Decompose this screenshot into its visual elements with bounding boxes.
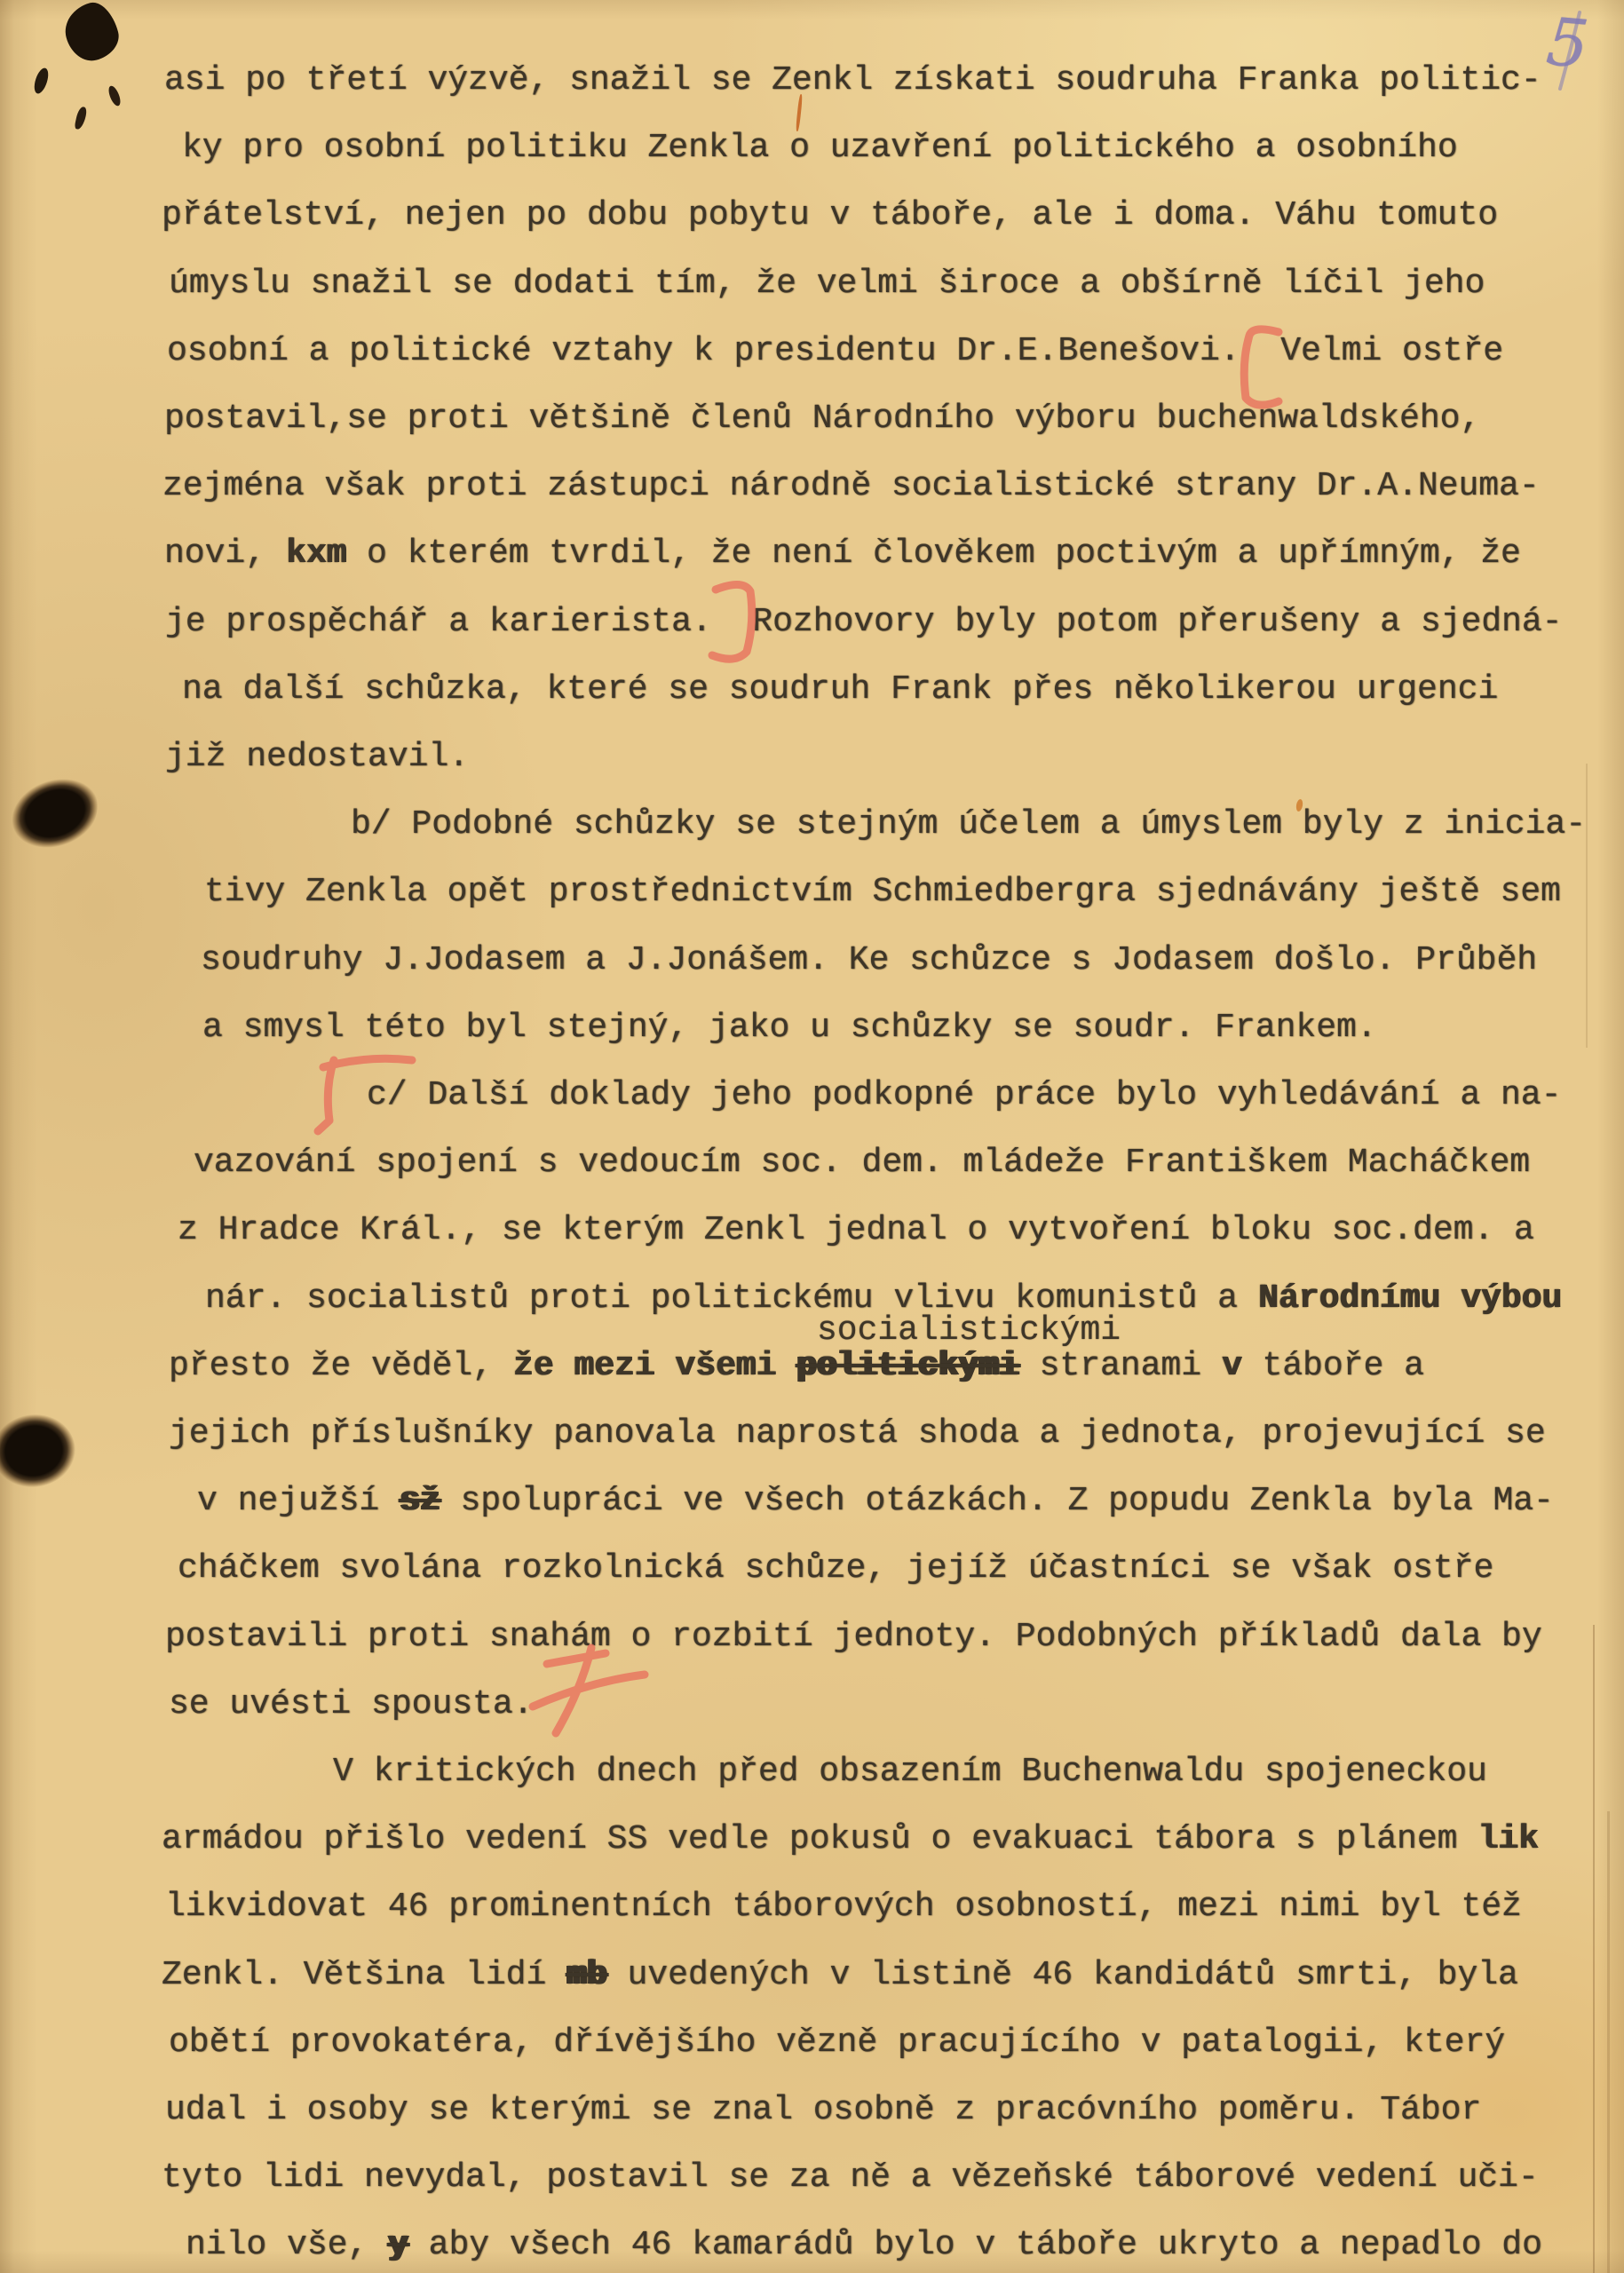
typed-line: nilo vše, y aby všech 46 kamarádů bylo v…	[186, 2225, 1542, 2266]
typed-segment: uvedených v listině 46 kandidátů smrti, …	[607, 1956, 1518, 1994]
overtyped-token: Národnímu výbou	[1258, 1279, 1562, 1318]
typed-segment: b/ Podobné schůzky se stejným účelem a ú…	[351, 805, 1586, 843]
typed-segment: zejména však proti zástupci národně soci…	[162, 467, 1540, 505]
struck-token: mb	[566, 1956, 607, 1994]
typed-line: z Hradce Král., se kterým Zenkl jednal o…	[178, 1210, 1534, 1251]
typed-segment: přesto že věděl,	[169, 1347, 513, 1385]
typed-segment: armádou přišlo vedení SS vedle pokusů o …	[162, 1820, 1477, 1858]
typed-line: udal i osoby se kterými se znal osobně z…	[165, 2090, 1481, 2131]
overtyped-token: v	[1222, 1347, 1242, 1385]
typed-line: přátelství, nejen po dobu pobytu v táboř…	[162, 195, 1498, 236]
typed-line: asi po třetí výzvě, snažil se Zenkl získ…	[164, 60, 1541, 101]
typed-line: v nejužší sž spolupráci ve všech otázkác…	[197, 1481, 1554, 1522]
typed-line: armádou přišlo vedení SS vedle pokusů o …	[162, 1819, 1539, 1860]
typed-segment: a smysl této byl stejný, jako u schůzky …	[202, 1009, 1377, 1047]
typed-line: a smysl této byl stejný, jako u schůzky …	[202, 1008, 1377, 1049]
typed-segment: novi,	[164, 535, 286, 573]
typed-segment: již nedostavil.	[165, 738, 469, 776]
typed-segment: z Hradce Král., se kterým Zenkl jednal o…	[178, 1211, 1534, 1249]
typed-segment: stranami	[1019, 1347, 1222, 1385]
typed-segment: je prospěchář a karierista. Rozhovory by…	[165, 603, 1562, 641]
typed-segment: nilo vše,	[186, 2226, 388, 2264]
typed-segment: táboře a	[1242, 1347, 1424, 1385]
overtyped-token: že mezi všemi	[513, 1347, 796, 1385]
typed-segment: asi po třetí výzvě, snažil se Zenkl získ…	[164, 61, 1541, 99]
typed-segment: ky pro osobní politiku Zenkla o uzavření…	[182, 129, 1458, 167]
typed-line: již nedostavil.	[165, 737, 469, 778]
struck-token: politickými	[796, 1347, 1019, 1385]
typed-line: tivy Zenkla opět prostřednictvím Schmied…	[204, 872, 1561, 913]
typed-line: tyto lidi nevydal, postavil se za ně a v…	[162, 2158, 1539, 2198]
overtyped-token: kxm	[286, 535, 346, 573]
typed-line: c/ Další doklady jeho podkopné práce byl…	[367, 1075, 1561, 1116]
typed-segment: úmyslu snažil se dodati tím, že velmi ši…	[169, 265, 1485, 303]
typed-line: likvidovat 46 prominentních táborových o…	[165, 1887, 1522, 1928]
typed-segment: soudruhy J.Jodasem a J.Jonášem. Ke schůz…	[201, 941, 1537, 979]
typed-line: postavili proti snahám o rozbití jednoty…	[165, 1617, 1542, 1658]
typed-line: úmyslu snažil se dodati tím, že velmi ši…	[169, 264, 1485, 305]
typed-segment: aby všech 46 kamarádů bylo v táboře ukry…	[408, 2226, 1542, 2264]
typed-line: postavil,se proti většině členů Národníh…	[164, 399, 1480, 440]
punch-hole	[0, 1409, 80, 1493]
typed-line: cháčkem svolána rozkolnická schůze, její…	[178, 1548, 1493, 1589]
typed-line: zejména však proti zástupci národně soci…	[162, 466, 1540, 507]
struck-token: y	[388, 2226, 408, 2264]
paper-crease	[1593, 1625, 1595, 2273]
ink-tick	[32, 67, 51, 96]
typed-segment: přátelství, nejen po dobu pobytu v táboř…	[162, 196, 1498, 234]
typed-line: vazování spojení s vedoucím soc. dem. ml…	[194, 1143, 1530, 1184]
ink-comma	[74, 106, 87, 131]
typed-segment: postavil,se proti většině členů Národníh…	[164, 400, 1480, 438]
typed-line: je prospěchář a karierista. Rozhovory by…	[165, 602, 1562, 643]
typed-segment: cháčkem svolána rozkolnická schůze, její…	[178, 1549, 1493, 1588]
typed-segment: udal i osoby se kterými se znal osobně z…	[165, 2091, 1481, 2129]
typed-segment: v nejužší	[197, 1482, 400, 1520]
typed-segment: vazování spojení s vedoucím soc. dem. ml…	[194, 1144, 1530, 1182]
red-cross-after-spousta	[533, 1648, 645, 1733]
typed-segment: osobní a politické vztahy k presidentu D…	[167, 332, 1503, 370]
typed-segment: se uvésti spousta.	[169, 1685, 533, 1723]
typed-segment: Zenkl. Většina lidí	[162, 1956, 566, 1994]
typed-line: novi, kxm o kterém tvrdil, že není člově…	[164, 534, 1521, 574]
scanned-document-page: { "page": { "number": "5", "paper_color"…	[0, 0, 1624, 2273]
overtyped-token: lik	[1477, 1820, 1538, 1858]
paper-crease	[1586, 764, 1588, 1048]
typed-segment: postavili proti snahám o rozbití jednoty…	[165, 1618, 1542, 1656]
typed-segment: c/ Další doklady jeho podkopné práce byl…	[367, 1076, 1561, 1114]
typed-segment: obětí provokatéra, dřívějšího vězně prac…	[169, 2024, 1505, 2062]
ink-blot	[59, 0, 124, 66]
interline-insertion: socialistickými	[817, 1311, 1121, 1350]
typed-segment: spolupráci ve všech otázkách. Z popudu Z…	[440, 1482, 1554, 1520]
typed-line: jejich příslušníky panovala naprostá sho…	[169, 1414, 1546, 1454]
typed-line: Zenkl. Většina lidí mb uvedených v listi…	[162, 1955, 1518, 1996]
typed-line: osobní a politické vztahy k presidentu D…	[167, 331, 1503, 372]
paper-crease	[1607, 1811, 1610, 2273]
typed-line: obětí provokatéra, dřívějšího vězně prac…	[169, 2023, 1505, 2063]
typed-segment: na další schůzka, které se soudruh Frank…	[182, 670, 1498, 709]
typed-line: V kritických dnech před obsazením Buchen…	[333, 1752, 1487, 1793]
typed-segment: o kterém tvrdil, že není člověkem poctiv…	[346, 535, 1521, 573]
typed-segment: likvidovat 46 prominentních táborových o…	[165, 1888, 1522, 1926]
punch-hole	[2, 767, 107, 859]
typed-segment: tivy Zenkla opět prostřednictvím Schmied…	[204, 873, 1561, 911]
handwritten-page-number: 5	[1543, 4, 1591, 83]
typed-line: přesto že věděl, že mezi všemi politický…	[169, 1346, 1424, 1387]
ink-tick	[107, 84, 123, 107]
typed-segment: jejich příslušníky panovala naprostá sho…	[169, 1414, 1546, 1453]
typed-segment: tyto lidi nevydal, postavil se za ně a v…	[162, 2158, 1539, 2197]
typed-line: ky pro osobní politiku Zenkla o uzavření…	[182, 128, 1458, 169]
typed-line: b/ Podobné schůzky se stejným účelem a ú…	[351, 804, 1586, 845]
typed-line: se uvésti spousta.	[169, 1684, 533, 1725]
typed-line: soudruhy J.Jodasem a J.Jonášem. Ke schůz…	[201, 940, 1537, 981]
typed-line: na další schůzka, které se soudruh Frank…	[182, 669, 1498, 710]
typed-segment: V kritických dnech před obsazením Buchen…	[333, 1753, 1487, 1791]
struck-token: sž	[400, 1482, 440, 1520]
